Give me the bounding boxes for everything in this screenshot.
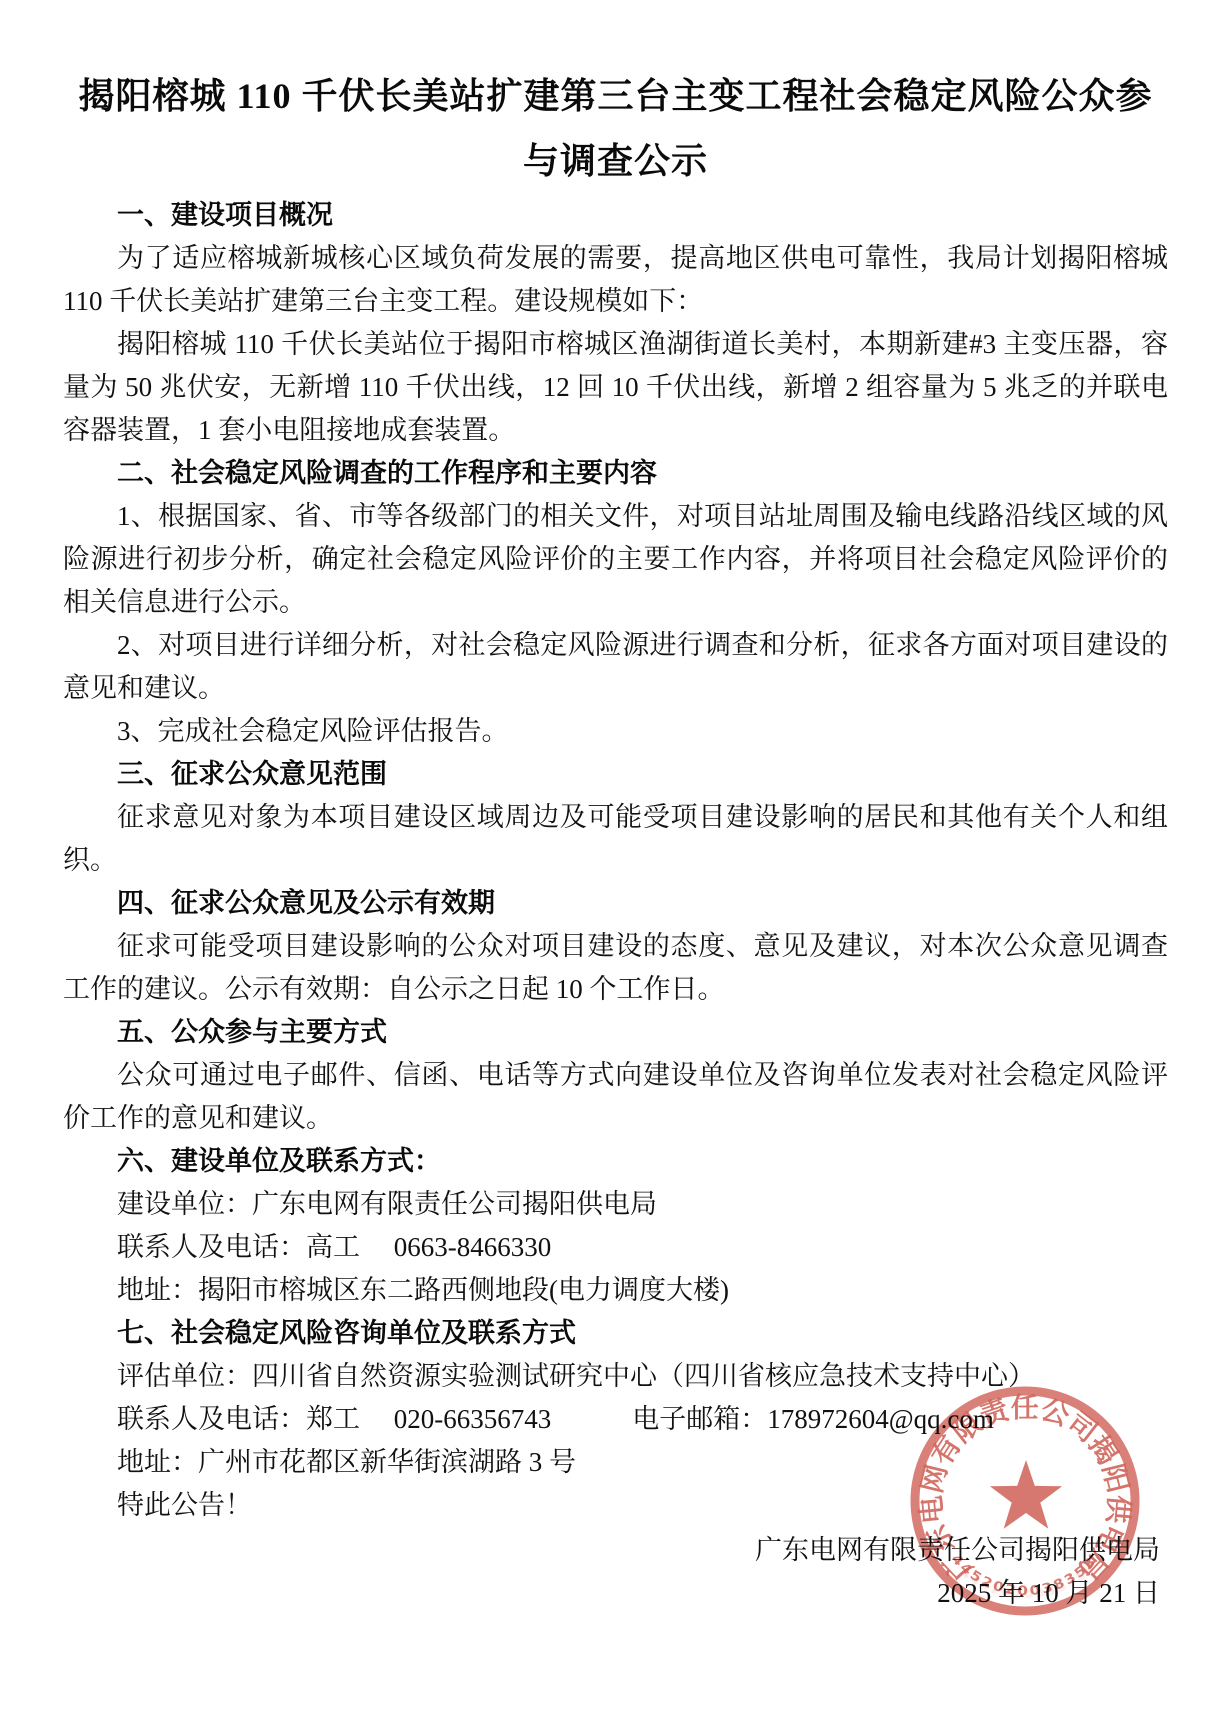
title-line-1: 揭阳榕城 110 千伏长美站扩建第三台主变工程社会稳定风险公众参: [63, 64, 1168, 129]
contact-phone-line: 联系人及电话：高工 0663-8466330: [63, 1226, 1168, 1269]
section-3-heading: 三、征求公众意见范围: [63, 753, 1168, 796]
consultant-address-line: 地址：广州市花都区新华街滨湖路 3 号: [63, 1441, 1168, 1484]
section-1-heading: 一、建设项目概况: [63, 194, 1168, 237]
section-1-paragraph: 揭阳榕城 110 千伏长美站位于揭阳市榕城区渔湖街道长美村，本期新建#3 主变压…: [63, 323, 1168, 452]
title-line-2: 与调查公示: [63, 129, 1168, 194]
section-5-heading: 五、公众参与主要方式: [63, 1011, 1168, 1054]
document-body: 一、建设项目概况 为了适应榕城新城核心区域负荷发展的需要，提高地区供电可靠性，我…: [63, 194, 1168, 1615]
assessment-unit-line: 评估单位：四川省自然资源实验测试研究中心（四川省核应急技术支持中心）: [63, 1355, 1168, 1398]
section-2-heading: 二、社会稳定风险调查的工作程序和主要内容: [63, 452, 1168, 495]
date-line: 2025 年 10 月 21 日: [63, 1572, 1168, 1615]
section-5-paragraph: 公众可通过电子邮件、信函、电话等方式向建设单位及咨询单位发表对社会稳定风险评价工…: [63, 1054, 1168, 1140]
construction-unit-line: 建设单位：广东电网有限责任公司揭阳供电局: [63, 1183, 1168, 1226]
address-line: 地址：揭阳市榕城区东二路西侧地段(电力调度大楼): [63, 1269, 1168, 1312]
section-3-paragraph: 征求意见对象为本项目建设区域周边及可能受项目建设影响的居民和其他有关个人和组织。: [63, 796, 1168, 882]
section-2-paragraph: 3、完成社会稳定风险评估报告。: [63, 710, 1168, 753]
section-7-heading: 七、社会稳定风险咨询单位及联系方式: [63, 1312, 1168, 1355]
section-2-paragraph: 1、根据国家、省、市等各级部门的相关文件，对项目站址周围及输电线路沿线区域的风险…: [63, 495, 1168, 624]
document-title: 揭阳榕城 110 千伏长美站扩建第三台主变工程社会稳定风险公众参 与调查公示: [63, 64, 1168, 194]
section-1-paragraph: 为了适应榕城新城核心区域负荷发展的需要，提高地区供电可靠性，我局计划揭阳榕城 1…: [63, 237, 1168, 323]
section-2-paragraph: 2、对项目进行详细分析，对社会稳定风险源进行调查和分析，征求各方面对项目建设的意…: [63, 624, 1168, 710]
signature-line: 广东电网有限责任公司揭阳供电局: [63, 1529, 1168, 1572]
consultant-contact-line: 联系人及电话：郑工 020-66356743 电子邮箱：178972604@qq…: [63, 1398, 1168, 1441]
section-4-paragraph: 征求可能受项目建设影响的公众对项目建设的态度、意见及建议，对本次公众意见调查工作…: [63, 925, 1168, 1011]
section-4-heading: 四、征求公众意见及公示有效期: [63, 882, 1168, 925]
section-6-heading: 六、建设单位及联系方式：: [63, 1140, 1168, 1183]
notice-document-page: 揭阳榕城 110 千伏长美站扩建第三台主变工程社会稳定风险公众参 与调查公示 一…: [0, 0, 1231, 1736]
closing-line: 特此公告！: [63, 1484, 1168, 1527]
signature-block: 广东电网有限责任公司揭阳供电局 2025 年 10 月 21 日: [63, 1529, 1168, 1615]
